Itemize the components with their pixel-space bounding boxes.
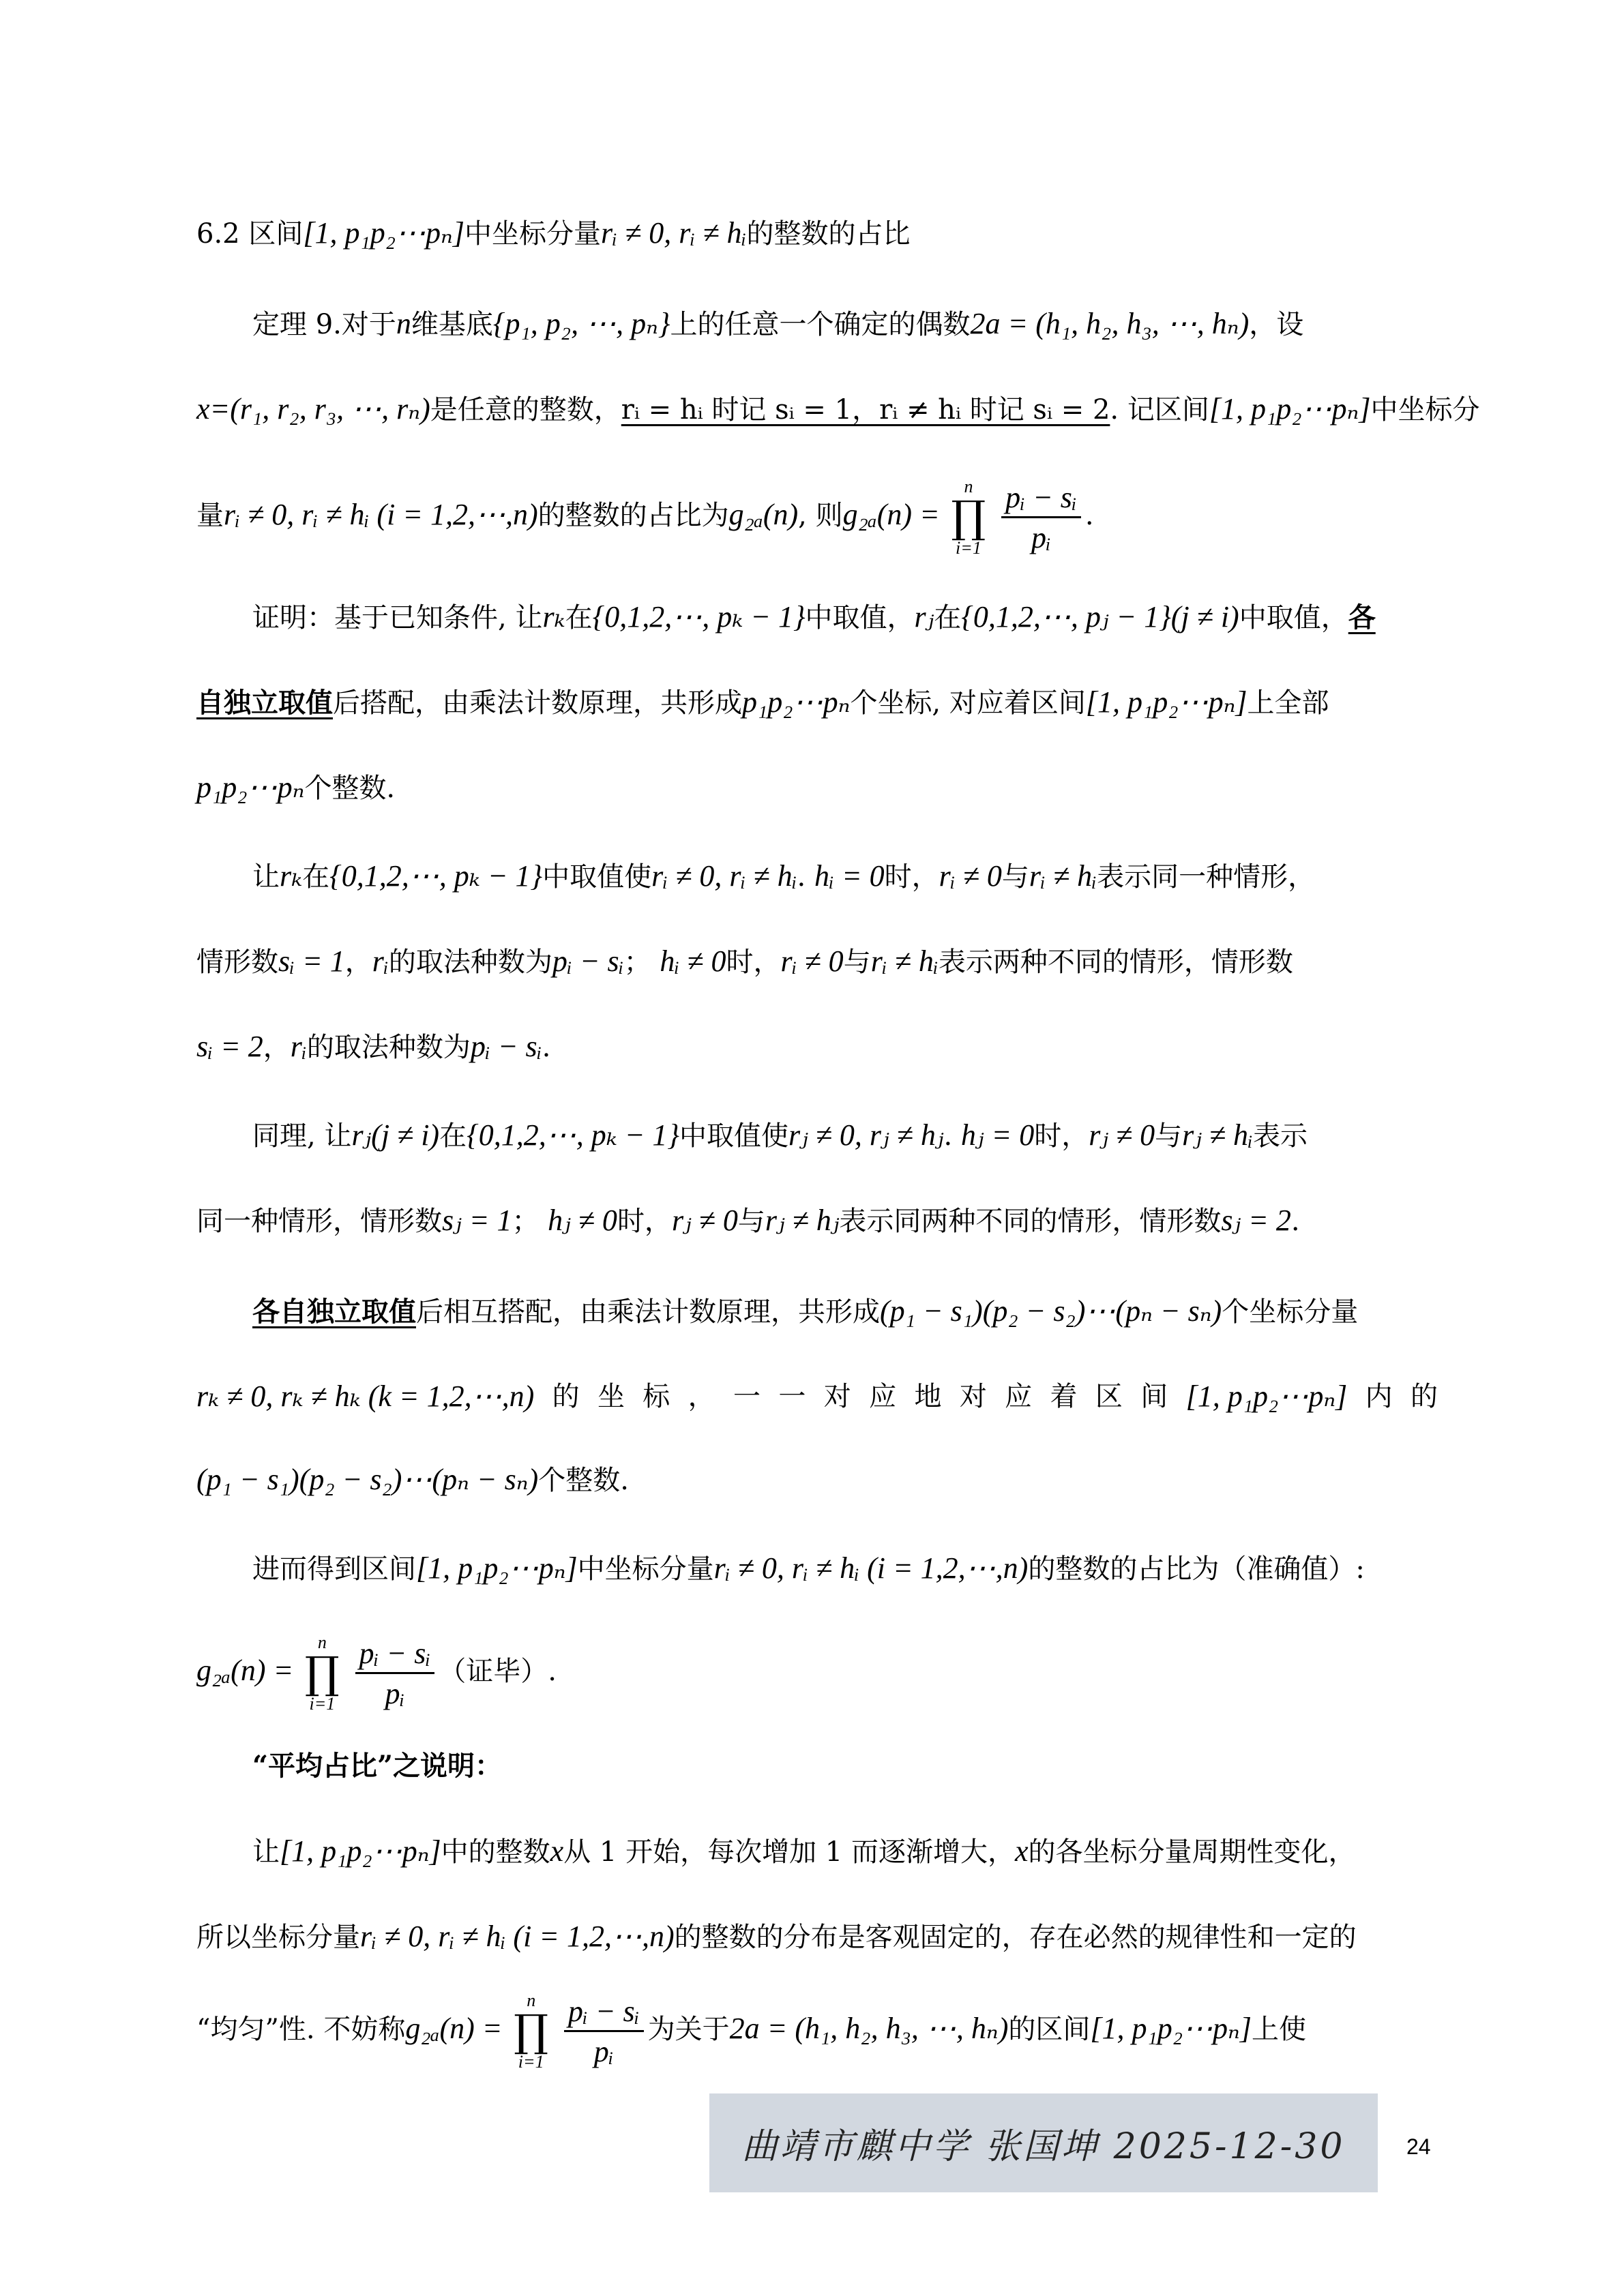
proof-formula: g₂ₐ(n) = n∏i=1 pᵢ − sᵢpᵢ（证毕）.: [196, 1633, 1438, 1708]
math: rⱼ(j ≠ i): [351, 1118, 439, 1152]
math-product: (p₁ − s₁)(p₂ − s₂)⋯(pₙ − sₙ): [880, 1294, 1222, 1328]
text: ，: [688, 1376, 715, 1417]
math-condition: rᵢ ≠ 0, rᵢ ≠ hᵢ (i = 1,2,⋯,n): [360, 1920, 675, 1953]
text: 让: [252, 861, 280, 893]
math: rᵢ ≠ hᵢ: [871, 944, 939, 978]
text: 在: [934, 602, 961, 633]
qed-text: （证毕）.: [439, 1656, 557, 1687]
proof-p3-line-1: 同理, 让rⱼ(j ≠ i)在{0,1,2,⋯, pₖ − 1}中取值使rⱼ ≠…: [252, 1115, 1438, 1157]
text: 个坐标, 对应着区间: [850, 687, 1085, 719]
text: 表示同两种不同的情形，情形数: [839, 1206, 1221, 1237]
math: rᵢ ≠ 0: [780, 944, 843, 978]
text: 的区间: [1008, 2014, 1090, 2045]
math: rᵢ ≠ 0: [939, 859, 1002, 893]
text: 一: [733, 1376, 761, 1417]
text: 是任意的整数，: [430, 394, 621, 426]
math-interval: [1, p₁p₂⋯pₙ]: [1209, 392, 1371, 426]
math-condition: rⱼ ≠ 0, rⱼ ≠ hⱼ: [788, 1118, 943, 1152]
text: 在: [302, 861, 329, 893]
math-condition: rₖ ≠ 0, rₖ ≠ hₖ (k = 1,2,⋯,n): [196, 1376, 534, 1417]
proof-p4-line-3: (p₁ − s₁)(p₂ − s₂)⋯(pₙ − sₙ)个整数.: [196, 1459, 1438, 1501]
math: pᵢ − sᵢ: [471, 1030, 542, 1063]
text: 与: [738, 1206, 765, 1237]
math-interval: [1, p₁p₂⋯pₙ]: [1086, 685, 1247, 719]
fraction: pᵢ − sᵢpᵢ: [1001, 481, 1081, 555]
text: 标: [643, 1376, 670, 1417]
page-number: 24: [1406, 2134, 1431, 2160]
product-symbol: ∏: [305, 1652, 340, 1695]
math-even: 2a = (h₁, h₂, h₃, ⋯, hₙ): [971, 307, 1250, 340]
emphasis-text: 各自独立取值: [252, 1296, 416, 1328]
text: 进而得到区间: [252, 1553, 416, 1585]
text: 与: [844, 946, 871, 978]
product-symbol: ∏: [951, 496, 986, 539]
math-basis: {p₁, p₂, ⋯, pₙ}: [493, 307, 670, 340]
math: rᵢ ≠ hᵢ: [1029, 859, 1097, 893]
text: ，设: [1249, 309, 1303, 340]
math: x: [1015, 1834, 1029, 1868]
text: 中取值，: [806, 602, 915, 633]
math-interval: [1, p₁p₂⋯pₙ]: [416, 1551, 578, 1585]
text: 坐: [597, 1376, 625, 1417]
text: 与: [1155, 1120, 1182, 1152]
math-condition: rᵢ ≠ 0, rᵢ ≠ hᵢ: [601, 216, 746, 250]
math-product: (p₁ − s₁)(p₂ − s₂)⋯(pₙ − sₙ): [196, 1463, 538, 1496]
text: 在: [439, 1120, 467, 1152]
math: hᵢ = 0: [814, 859, 885, 893]
heading-text: 的整数的占比: [746, 218, 910, 250]
text: 着: [1050, 1376, 1078, 1417]
numerator: pᵢ − sᵢ: [355, 1637, 435, 1674]
text: 在: [565, 602, 593, 633]
text: 对于: [342, 309, 396, 340]
text: 表示同一种情形，: [1097, 861, 1315, 893]
text: ；: [624, 946, 651, 978]
text: 的各坐标分量周期性变化，: [1029, 1836, 1356, 1868]
text: 表示: [1253, 1120, 1308, 1152]
proof-p4-line-1: 各自独立取值后相互搭配，由乘法计数原理，共形成(p₁ − s₁)(p₂ − s₂…: [252, 1291, 1438, 1332]
text: 应: [869, 1376, 896, 1417]
text: 的整数的分布是客观固定的，存在必然的规律性和一定的: [675, 1922, 1357, 1953]
text: 上的任意一个确定的偶数: [670, 309, 971, 340]
text: 个坐标分量: [1222, 1296, 1358, 1328]
underlined-definition: rᵢ = hᵢ 时记 sᵢ = 1，rᵢ ≠ hᵢ 时记 sᵢ = 2: [621, 394, 1110, 426]
math: rⱼ ≠ 0: [1089, 1118, 1155, 1152]
text: 为关于: [648, 2014, 730, 2045]
math-interval: [1, p₁p₂⋯pₙ]: [280, 1834, 441, 1868]
math-g: g₂ₐ(n) =: [405, 2012, 502, 2045]
denominator: pᵢ: [1031, 518, 1051, 555]
avg-note-heading: “平均占比”之说明：: [252, 1746, 1438, 1787]
proof-p1-line-3: p₁p₂⋯pₙ个整数.: [196, 767, 1438, 809]
heading-text: 中坐标分量: [464, 218, 601, 250]
product-operator: n∏i=1: [514, 1991, 548, 2072]
text: , 则: [798, 500, 842, 531]
text: 的: [1411, 1376, 1438, 1417]
product-operator: n∏i=1: [305, 1633, 340, 1714]
math-set: {0,1,2,⋯, pₖ − 1}: [467, 1118, 679, 1152]
document-page: 6.2 区间[1, p₁p₂⋯pₙ]中坐标分量rᵢ ≠ 0, rᵢ ≠ hᵢ的整…: [0, 0, 1624, 2296]
text: 时，: [1034, 1120, 1089, 1152]
text: 间: [1140, 1376, 1168, 1417]
text: 地: [914, 1376, 941, 1417]
prod-lower: i=1: [518, 2053, 544, 2072]
text: 让: [252, 1836, 280, 1868]
math: sⱼ = 2: [1221, 1204, 1290, 1237]
math: hⱼ = 0: [961, 1118, 1034, 1152]
math: sᵢ = 2: [196, 1030, 263, 1063]
fraction: pᵢ − sᵢpᵢ: [355, 1637, 435, 1711]
math-condition: rᵢ ≠ 0, rᵢ ≠ hᵢ (i = 1,2,⋯,n): [714, 1551, 1029, 1585]
math: rᵢ: [291, 1030, 307, 1063]
math-product: p₁p₂⋯pₙ: [196, 771, 304, 804]
text: 时，: [617, 1206, 672, 1237]
text: 的整数的占比为（准确值）:: [1028, 1553, 1364, 1585]
math: rᵢ: [372, 944, 389, 978]
proof-p4-line-2: rₖ ≠ 0, rₖ ≠ hₖ (k = 1,2,⋯,n) 的 坐 标 ， 一 …: [196, 1376, 1438, 1417]
math-set: {0,1,2,⋯, pₖ − 1}: [329, 859, 542, 893]
text: 与: [1002, 861, 1029, 893]
math-interval: [1, p₁p₂⋯pₙ]: [1090, 2012, 1252, 2045]
math: x: [550, 1834, 564, 1868]
text: 表示两种不同的情形，情形数: [939, 946, 1293, 978]
math: rⱼ: [915, 600, 934, 633]
text: 证明：基于已知条件, 让: [252, 602, 542, 633]
math: pᵢ − sᵢ: [552, 944, 624, 978]
math: hᵢ ≠ 0: [660, 944, 726, 978]
theorem-line-1: 定理 9.对于n维基底{p₁, p₂, ⋯, pₙ}上的任意一个确定的偶数2a …: [252, 303, 1438, 345]
text: 情形数: [196, 946, 278, 978]
math: sᵢ = 1: [278, 944, 345, 978]
text: 上使: [1252, 2014, 1306, 2045]
math: rⱼ ≠ hⱼ: [765, 1204, 840, 1237]
text: 内: [1365, 1376, 1393, 1417]
text: 的整数的占比为: [538, 500, 729, 531]
text: “均匀”性. 不妨称: [196, 2014, 405, 2045]
fraction: pᵢ − sᵢpᵢ: [564, 1995, 644, 2069]
text: 上全部: [1247, 687, 1329, 719]
theorem-line-2: x=(r₁, r₂, r₃, ⋯, rₙ)是任意的整数，rᵢ = hᵢ 时记 s…: [196, 389, 1438, 430]
math: sⱼ = 1: [442, 1204, 512, 1237]
numerator: pᵢ − sᵢ: [1001, 481, 1081, 518]
math-g: g₂ₐ(n) =: [843, 498, 940, 531]
text: .: [797, 861, 806, 893]
text: 后搭配，由乘法计数原理，共形成: [333, 687, 742, 719]
text: 一: [778, 1376, 806, 1417]
text: .: [542, 1032, 551, 1063]
denominator: pᵢ: [385, 1674, 404, 1711]
avg-note-line-3: “均匀”性. 不妨称g₂ₐ(n) = n∏i=1 pᵢ − sᵢpᵢ为关于2a …: [196, 1991, 1438, 2066]
prod-lower: i=1: [309, 1695, 335, 1714]
numerator: pᵢ − sᵢ: [564, 1995, 644, 2032]
note-heading: “平均占比”之说明：: [252, 1750, 502, 1782]
text: .: [943, 1120, 952, 1152]
heading-text: 区间: [248, 218, 303, 250]
theorem-line-3: 量rᵢ ≠ 0, rᵢ ≠ hᵢ (i = 1,2,⋯,n)的整数的占比为g₂ₐ…: [196, 477, 1438, 552]
prod-lower: i=1: [956, 539, 981, 558]
text: 后相互搭配，由乘法计数原理，共形成: [416, 1296, 880, 1328]
text: 中取值，: [1239, 602, 1348, 633]
emphasis-text: 自独立取值: [196, 687, 333, 719]
avg-note-line-2: 所以坐标分量rᵢ ≠ 0, rᵢ ≠ hᵢ (i = 1,2,⋯,n)的整数的分…: [196, 1916, 1438, 1958]
text: . 记区间: [1110, 394, 1209, 426]
math-set: {0,1,2,⋯, pₖ − 1}: [593, 600, 806, 633]
emphasis-text: 各: [1348, 601, 1376, 633]
math-condition: rᵢ ≠ 0, rᵢ ≠ hᵢ (i = 1,2,⋯,n): [224, 498, 538, 531]
text: .: [1291, 1206, 1300, 1237]
math-even: 2a = (h₁, h₂, h₃, ⋯, hₙ): [730, 2012, 1009, 2045]
text: 时，: [885, 861, 939, 893]
text: 区: [1095, 1376, 1123, 1417]
math: n: [396, 307, 411, 340]
product-operator: n∏i=1: [951, 477, 986, 558]
math-set: {0,1,2,⋯, pⱼ − 1}(j ≠ i): [961, 600, 1239, 633]
math-g: g₂ₐ(n) =: [196, 1654, 293, 1687]
text: 量: [196, 500, 224, 531]
text: 的: [552, 1376, 580, 1417]
text: .: [1085, 500, 1094, 531]
math-g: g₂ₐ(n): [729, 498, 798, 531]
math-condition: rᵢ ≠ 0, rᵢ ≠ hᵢ: [651, 859, 797, 893]
text: 维基底: [411, 309, 493, 340]
text: 同理, 让: [252, 1120, 351, 1152]
math-product: p₁p₂⋯pₙ: [742, 685, 850, 719]
math: hⱼ ≠ 0: [548, 1204, 617, 1237]
product-symbol: ∏: [514, 2010, 548, 2053]
text: 中取值使: [679, 1120, 788, 1152]
proof-p1-line-2: 自独立取值后搭配，由乘法计数原理，共形成p₁p₂⋯pₙ个坐标, 对应着区间[1,…: [196, 682, 1438, 724]
text: 对: [824, 1376, 851, 1417]
text: 的取法种数为: [307, 1032, 471, 1063]
proof-p2-line-2: 情形数sᵢ = 1，rᵢ的取法种数为pᵢ − sᵢ； hᵢ ≠ 0时，rᵢ ≠ …: [196, 941, 1438, 983]
proof-p3-line-2: 同一种情形，情形数sⱼ = 1； hⱼ ≠ 0时，rⱼ ≠ 0与rⱼ ≠ hⱼ表…: [196, 1200, 1438, 1242]
math-interval: [1, p₁p₂⋯pₙ]: [303, 216, 464, 250]
text: ，: [345, 946, 372, 978]
text: ；: [512, 1206, 539, 1237]
math-interval: [1, p₁p₂⋯pₙ]: [1186, 1376, 1348, 1417]
text: 时，: [726, 946, 780, 978]
text: 中的整数: [441, 1836, 550, 1868]
math: rₖ: [280, 859, 302, 893]
text: 中坐标分: [1371, 394, 1480, 426]
avg-note-line-1: 让[1, p₁p₂⋯pₙ]中的整数x从 1 开始，每次增加 1 而逐渐增大，x的…: [252, 1831, 1438, 1873]
text: 的取法种数为: [389, 946, 552, 978]
text: 应: [1005, 1376, 1032, 1417]
text: 个整数.: [304, 773, 395, 804]
proof-p2-line-3: sᵢ = 2，rᵢ的取法种数为pᵢ − sᵢ.: [196, 1026, 1438, 1068]
math: rⱼ ≠ hᵢ: [1182, 1118, 1253, 1152]
text: 所以坐标分量: [196, 1922, 360, 1953]
text: 个整数.: [538, 1465, 629, 1496]
text: 中坐标分量: [578, 1553, 714, 1585]
text: 从 1 开始，每次增加 1 而逐渐增大，: [563, 1836, 1015, 1868]
section-number: 6.2: [196, 218, 240, 250]
proof-p2-line-1: 让rₖ在{0,1,2,⋯, pₖ − 1}中取值使rᵢ ≠ 0, rᵢ ≠ hᵢ…: [252, 856, 1438, 897]
text: 中取值使: [542, 861, 651, 893]
math-x: x=(r₁, r₂, r₃, ⋯, rₙ): [196, 392, 430, 426]
math: rⱼ ≠ 0: [672, 1204, 738, 1237]
theorem-label: 定理 9.: [252, 309, 342, 340]
handwritten-signature: 曲靖市麒中学 张国坤 2025-12-30: [709, 2093, 1378, 2192]
proof-p5-line-1: 进而得到区间[1, p₁p₂⋯pₙ]中坐标分量rᵢ ≠ 0, rᵢ ≠ hᵢ (…: [252, 1548, 1438, 1590]
math: rₖ: [542, 600, 565, 633]
text: 对: [960, 1376, 987, 1417]
denominator: pᵢ: [594, 2032, 614, 2069]
proof-p1-line-1: 证明：基于已知条件, 让rₖ在{0,1,2,⋯, pₖ − 1}中取值，rⱼ在{…: [252, 597, 1438, 638]
text: ，: [263, 1032, 291, 1063]
section-heading: 6.2 区间[1, p₁p₂⋯pₙ]中坐标分量rᵢ ≠ 0, rᵢ ≠ hᵢ的整…: [196, 213, 1438, 254]
text: 同一种情形，情形数: [196, 1206, 442, 1237]
